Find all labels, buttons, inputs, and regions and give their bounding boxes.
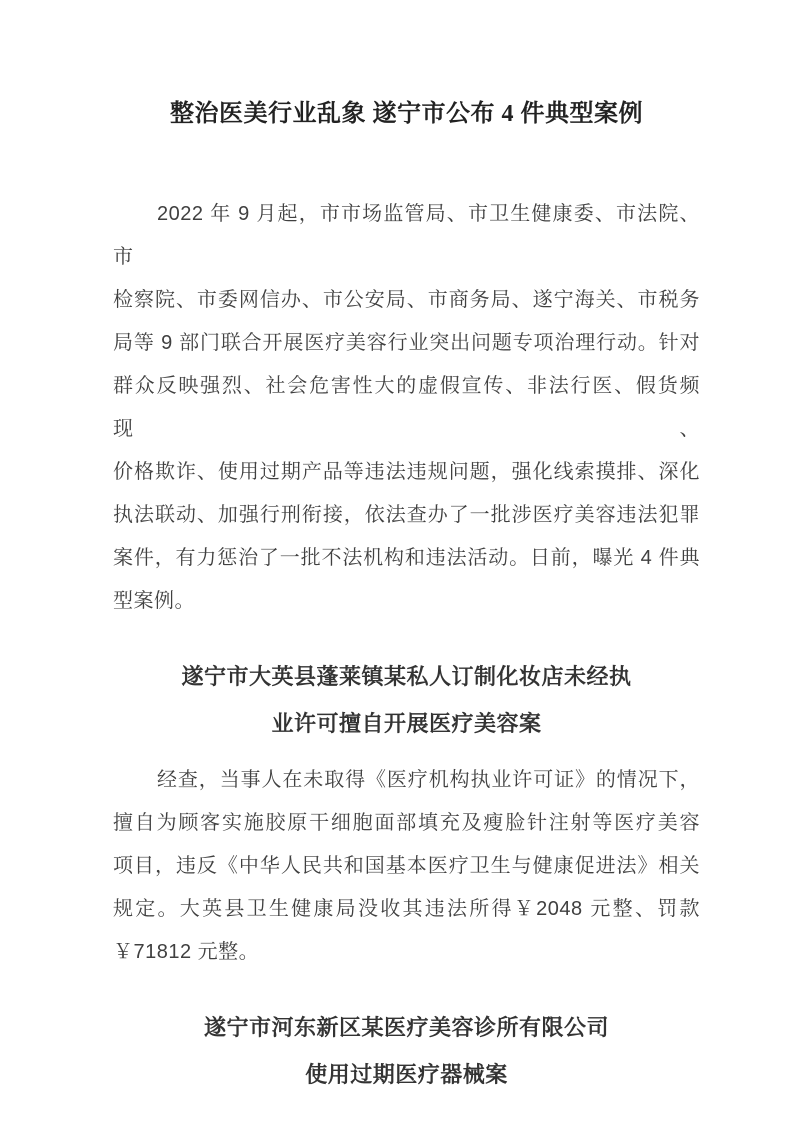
text-line: 经查，当事人在未取得《医疗机构执业许可证》的情况下， xyxy=(113,759,700,802)
text-line: ￥71812 元整。 xyxy=(113,931,700,974)
case-heading-line: 遂宁市大英县蓬莱镇某私人订制化妆店未经执 xyxy=(113,653,700,700)
text-line: 价格欺诈、使用过期产品等违法违规问题，强化线索摸排、深化 xyxy=(113,451,700,494)
paragraph: 2022 年 9 月起，市市场监管局、市卫生健康委、市法院、市检察院、市委网信办… xyxy=(113,193,700,623)
text-line: 规定。大英县卫生健康局没收其违法所得￥2048 元整、罚款 xyxy=(113,888,700,931)
case-heading: 遂宁市河东新区某医疗美容诊所有限公司使用过期医疗器械案 xyxy=(113,1004,700,1098)
text-line: 群众反映强烈、社会危害性大的虚假宣传、非法行医、假货频现、 xyxy=(113,365,700,451)
text-line: 型案例。 xyxy=(113,580,700,623)
case-heading: 遂宁市大英县蓬莱镇某私人订制化妆店未经执业许可擅自开展医疗美容案 xyxy=(113,653,700,747)
case-heading-line: 业许可擅自开展医疗美容案 xyxy=(113,700,700,747)
case-heading-line: 遂宁市河东新区某医疗美容诊所有限公司 xyxy=(113,1004,700,1051)
case-heading-line: 使用过期医疗器械案 xyxy=(113,1051,700,1098)
text-line: 执法联动、加强行刑衔接，依法查办了一批涉医疗美容违法犯罪 xyxy=(113,494,700,537)
text-line: 案件，有力惩治了一批不法机构和违法活动。日前，曝光 4 件典 xyxy=(113,537,700,580)
document-title: 整治医美行业乱象 遂宁市公布 4 件典型案例 xyxy=(113,97,700,131)
document-page: 整治医美行业乱象 遂宁市公布 4 件典型案例 2022 年 9 月起，市市场监管… xyxy=(0,0,793,1122)
paragraph: 经查，当事人在未取得《医疗机构执业许可证》的情况下，擅自为顾客实施胶原干细胞面部… xyxy=(113,759,700,974)
document-body: 2022 年 9 月起，市市场监管局、市卫生健康委、市法院、市检察院、市委网信办… xyxy=(113,193,700,1098)
text-line: 项目，违反《中华人民共和国基本医疗卫生与健康促进法》相关 xyxy=(113,845,700,888)
text-line: 2022 年 9 月起，市市场监管局、市卫生健康委、市法院、市 xyxy=(113,193,700,279)
text-line: 擅自为顾客实施胶原干细胞面部填充及瘦脸针注射等医疗美容 xyxy=(113,802,700,845)
text-line: 局等 9 部门联合开展医疗美容行业突出问题专项治理行动。针对 xyxy=(113,322,700,365)
text-line: 检察院、市委网信办、市公安局、市商务局、遂宁海关、市税务 xyxy=(113,279,700,322)
